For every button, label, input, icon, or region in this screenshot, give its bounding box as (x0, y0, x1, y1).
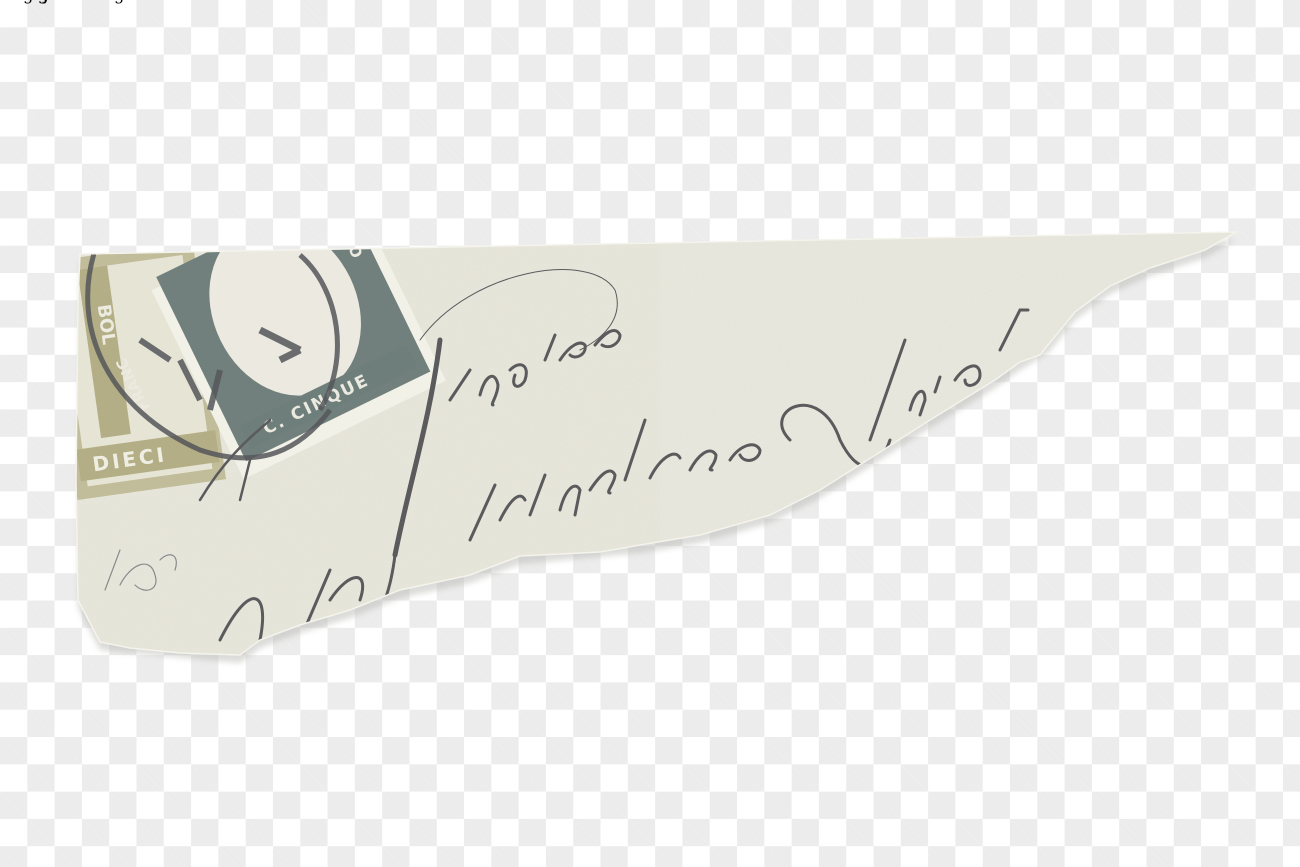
torn-letter-fragment: BOL DIECI C. CINQUE FRANC BOLLO (0, 0, 1300, 867)
pencil-note: di Roy (0, 0, 51, 4)
